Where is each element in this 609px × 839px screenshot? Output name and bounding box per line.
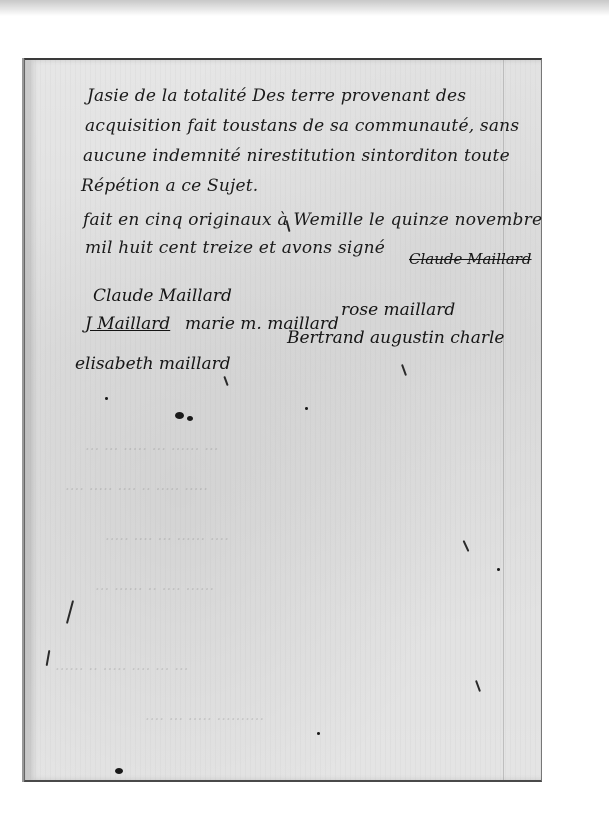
bleed-through-line: ··· ··· ····· ··· ······ ··· <box>85 440 219 458</box>
ink-blot <box>187 416 193 421</box>
bleed-through-line: ······ ·· ····· ···· ··· ··· <box>55 660 189 678</box>
ink-dot <box>305 407 308 410</box>
bleed-through-line: ··· ······ ·· ···· ······ <box>95 580 214 598</box>
body-line-1: Jasie de la totalité Des terre provenant… <box>87 86 466 106</box>
ink-blot <box>115 768 123 774</box>
signature-elisabeth-maillard: elisabeth maillard <box>75 354 231 374</box>
signature-j-maillard: J Maillard <box>85 314 170 334</box>
body-line-5: fait en cinq originaux à Wemille le quin… <box>83 210 542 230</box>
manuscript-page: Jasie de la totalité Des terre provenant… <box>24 58 542 782</box>
ink-stroke <box>46 650 51 666</box>
ink-stroke <box>463 540 470 552</box>
body-line-4: Répétion a ce Sujet. <box>81 176 258 196</box>
ink-stroke <box>66 600 74 624</box>
margin-rule <box>503 60 504 780</box>
ink-blot <box>175 412 184 419</box>
bleed-through-line: ····· ···· ··· ······ ···· <box>105 530 229 548</box>
bleed-through-line: ···· ····· ···· ·· ····· ····· <box>65 480 208 498</box>
signature-rose-maillard: rose maillard <box>341 300 455 320</box>
scan-top-shadow <box>0 0 609 16</box>
ink-stroke <box>475 680 481 692</box>
ink-dot <box>105 397 108 400</box>
ink-stroke <box>401 364 407 376</box>
body-line-3: aucune indemnité nirestitution sintordit… <box>83 146 510 166</box>
ink-dot <box>497 568 500 571</box>
body-line-6: mil huit cent treize et avons signé <box>85 238 385 258</box>
signature-bertrand-augustin-charle: Bertrand augustin charle <box>287 328 505 348</box>
body-line-2: acquisition fait toustans de sa communau… <box>85 116 519 136</box>
ink-stroke <box>223 376 228 386</box>
bleed-through-line: ···· ··· ····· ·········· <box>145 710 264 728</box>
ink-dot <box>317 732 320 735</box>
signature-claude-maillard-struck: Claude Maillard <box>409 250 532 268</box>
signature-claude-maillard: Claude Maillard <box>93 286 232 306</box>
